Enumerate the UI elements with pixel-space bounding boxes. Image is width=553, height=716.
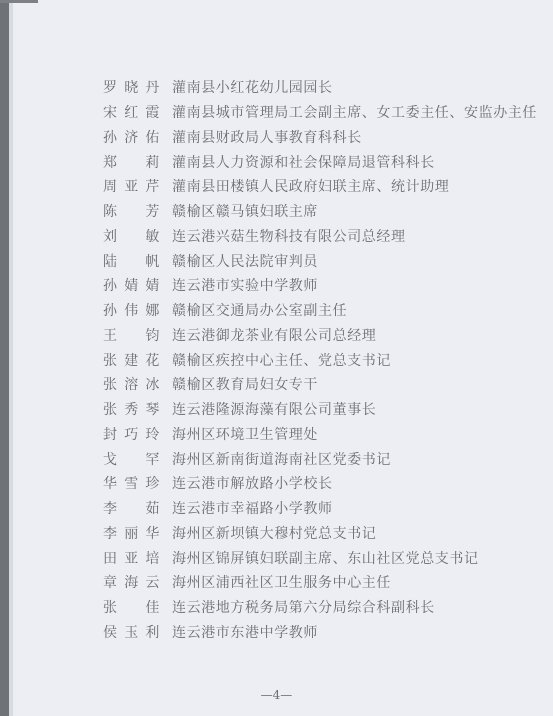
person-title: 连云港市幸福路小学教师 — [172, 498, 333, 518]
person-title: 灌南县城市管理局工会副主席、女工委主任、安监办主任 — [172, 102, 537, 122]
scan-edge-shadow — [0, 0, 9, 716]
person-title: 海州区环境卫生管理处 — [172, 424, 318, 444]
person-name: 周亚芹 — [103, 176, 160, 196]
person-title: 灌南县田楼镇人民政府妇联主席、统计助理 — [172, 176, 449, 196]
list-item: 郑 莉灌南县人力资源和社会保障局退管科科长 — [103, 149, 537, 174]
person-title: 灌南县人力资源和社会保障局退管科科长 — [172, 152, 435, 172]
scan-edge-highlight — [9, 0, 13, 716]
person-name: 刘 敏 — [103, 226, 160, 246]
list-item: 刘 敏连云港兴菇生物科技有限公司总经理 — [103, 224, 537, 249]
person-name: 侯玉利 — [103, 622, 160, 642]
list-item: 陆 帆赣榆区人民法院审判员 — [103, 248, 537, 273]
list-item: 张建花赣榆区疾控中心主任、党总支书记 — [103, 347, 537, 372]
list-item: 封巧玲海州区环境卫生管理处 — [103, 422, 537, 447]
list-item: 孙婧婧连云港市实验中学教师 — [103, 273, 537, 298]
list-item: 张秀琴连云港隆源海藻有限公司董事长 — [103, 397, 537, 422]
person-title: 连云港市实验中学教师 — [172, 275, 318, 295]
list-item: 陈 芳赣榆区赣马镇妇联主席 — [103, 199, 537, 224]
list-item: 王 钧连云港御龙茶业有限公司总经理 — [103, 323, 537, 348]
list-item: 周亚芹灌南县田楼镇人民政府妇联主席、统计助理 — [103, 174, 537, 199]
person-name: 陆 帆 — [103, 251, 160, 271]
person-name: 封巧玲 — [103, 424, 160, 444]
person-name: 华雪珍 — [103, 473, 160, 493]
person-name: 章海云 — [103, 572, 160, 592]
scan-corner-mark — [0, 0, 38, 3]
person-name: 陈 芳 — [103, 201, 160, 221]
list-item: 张溶冰赣榆区教育局妇女专干 — [103, 372, 537, 397]
person-name: 孙济佑 — [103, 127, 160, 147]
person-name: 李 茹 — [103, 498, 160, 518]
list-item: 罗晓丹灌南县小红花幼儿园园长 — [103, 75, 537, 100]
list-item: 宋红霞灌南县城市管理局工会副主席、女工委主任、安监办主任 — [103, 100, 537, 125]
person-name: 宋红霞 — [103, 102, 160, 122]
list-item: 田亚培海州区锦屏镇妇联副主席、东山社区党总支书记 — [103, 545, 537, 570]
person-name: 郑 莉 — [103, 152, 160, 172]
person-title: 连云港地方税务局第六分局综合科副科长 — [172, 597, 435, 617]
list-item: 戈 罕海州区新南街道海南社区党委书记 — [103, 446, 537, 471]
person-title: 灌南县财政局人事教育科科长 — [172, 127, 362, 147]
person-title: 赣榆区疾控中心主任、党总支书记 — [172, 350, 391, 370]
person-name: 张建花 — [103, 350, 160, 370]
list-item: 李丽华海州区新坝镇大穆村党总支书记 — [103, 521, 537, 546]
person-name: 王 钧 — [103, 325, 160, 345]
person-title: 连云港市东港中学教师 — [172, 622, 318, 642]
list-item: 孙济佑灌南县财政局人事教育科科长 — [103, 125, 537, 150]
honoree-list: 罗晓丹灌南县小红花幼儿园园长 宋红霞灌南县城市管理局工会副主席、女工委主任、安监… — [103, 75, 537, 644]
list-item: 章海云海州区浦西社区卫生服务中心主任 — [103, 570, 537, 595]
person-title: 海州区锦屏镇妇联副主席、东山社区党总支书记 — [172, 548, 479, 568]
person-name: 孙婧婧 — [103, 275, 160, 295]
person-title: 海州区新南街道海南社区党委书记 — [172, 449, 391, 469]
person-title: 赣榆区赣马镇妇联主席 — [172, 201, 318, 221]
person-title: 灌南县小红花幼儿园园长 — [172, 77, 333, 97]
person-name: 戈 罕 — [103, 449, 160, 469]
list-item: 华雪珍连云港市解放路小学校长 — [103, 471, 537, 496]
person-name: 张溶冰 — [103, 374, 160, 394]
person-name: 孙伟娜 — [103, 300, 160, 320]
person-title: 海州区浦西社区卫生服务中心主任 — [172, 572, 391, 592]
list-item: 李 茹连云港市幸福路小学教师 — [103, 496, 537, 521]
person-title: 连云港隆源海藻有限公司董事长 — [172, 399, 376, 419]
person-name: 张秀琴 — [103, 399, 160, 419]
person-title: 连云港市解放路小学校长 — [172, 473, 333, 493]
page-number: —4— — [0, 688, 553, 702]
person-name: 张 佳 — [103, 597, 160, 617]
list-item: 侯玉利连云港市东港中学教师 — [103, 620, 537, 645]
person-name: 田亚培 — [103, 548, 160, 568]
person-name: 李丽华 — [103, 523, 160, 543]
person-name: 罗晓丹 — [103, 77, 160, 97]
list-item: 孙伟娜赣榆区交通局办公室副主任 — [103, 298, 537, 323]
list-item: 张 佳连云港地方税务局第六分局综合科副科长 — [103, 595, 537, 620]
document-page: 罗晓丹灌南县小红花幼儿园园长 宋红霞灌南县城市管理局工会副主席、女工委主任、安监… — [0, 0, 553, 716]
person-title: 赣榆区教育局妇女专干 — [172, 374, 318, 394]
person-title: 连云港御龙茶业有限公司总经理 — [172, 325, 376, 345]
person-title: 海州区新坝镇大穆村党总支书记 — [172, 523, 376, 543]
person-title: 连云港兴菇生物科技有限公司总经理 — [172, 226, 406, 246]
person-title: 赣榆区人民法院审判员 — [172, 251, 318, 271]
person-title: 赣榆区交通局办公室副主任 — [172, 300, 347, 320]
